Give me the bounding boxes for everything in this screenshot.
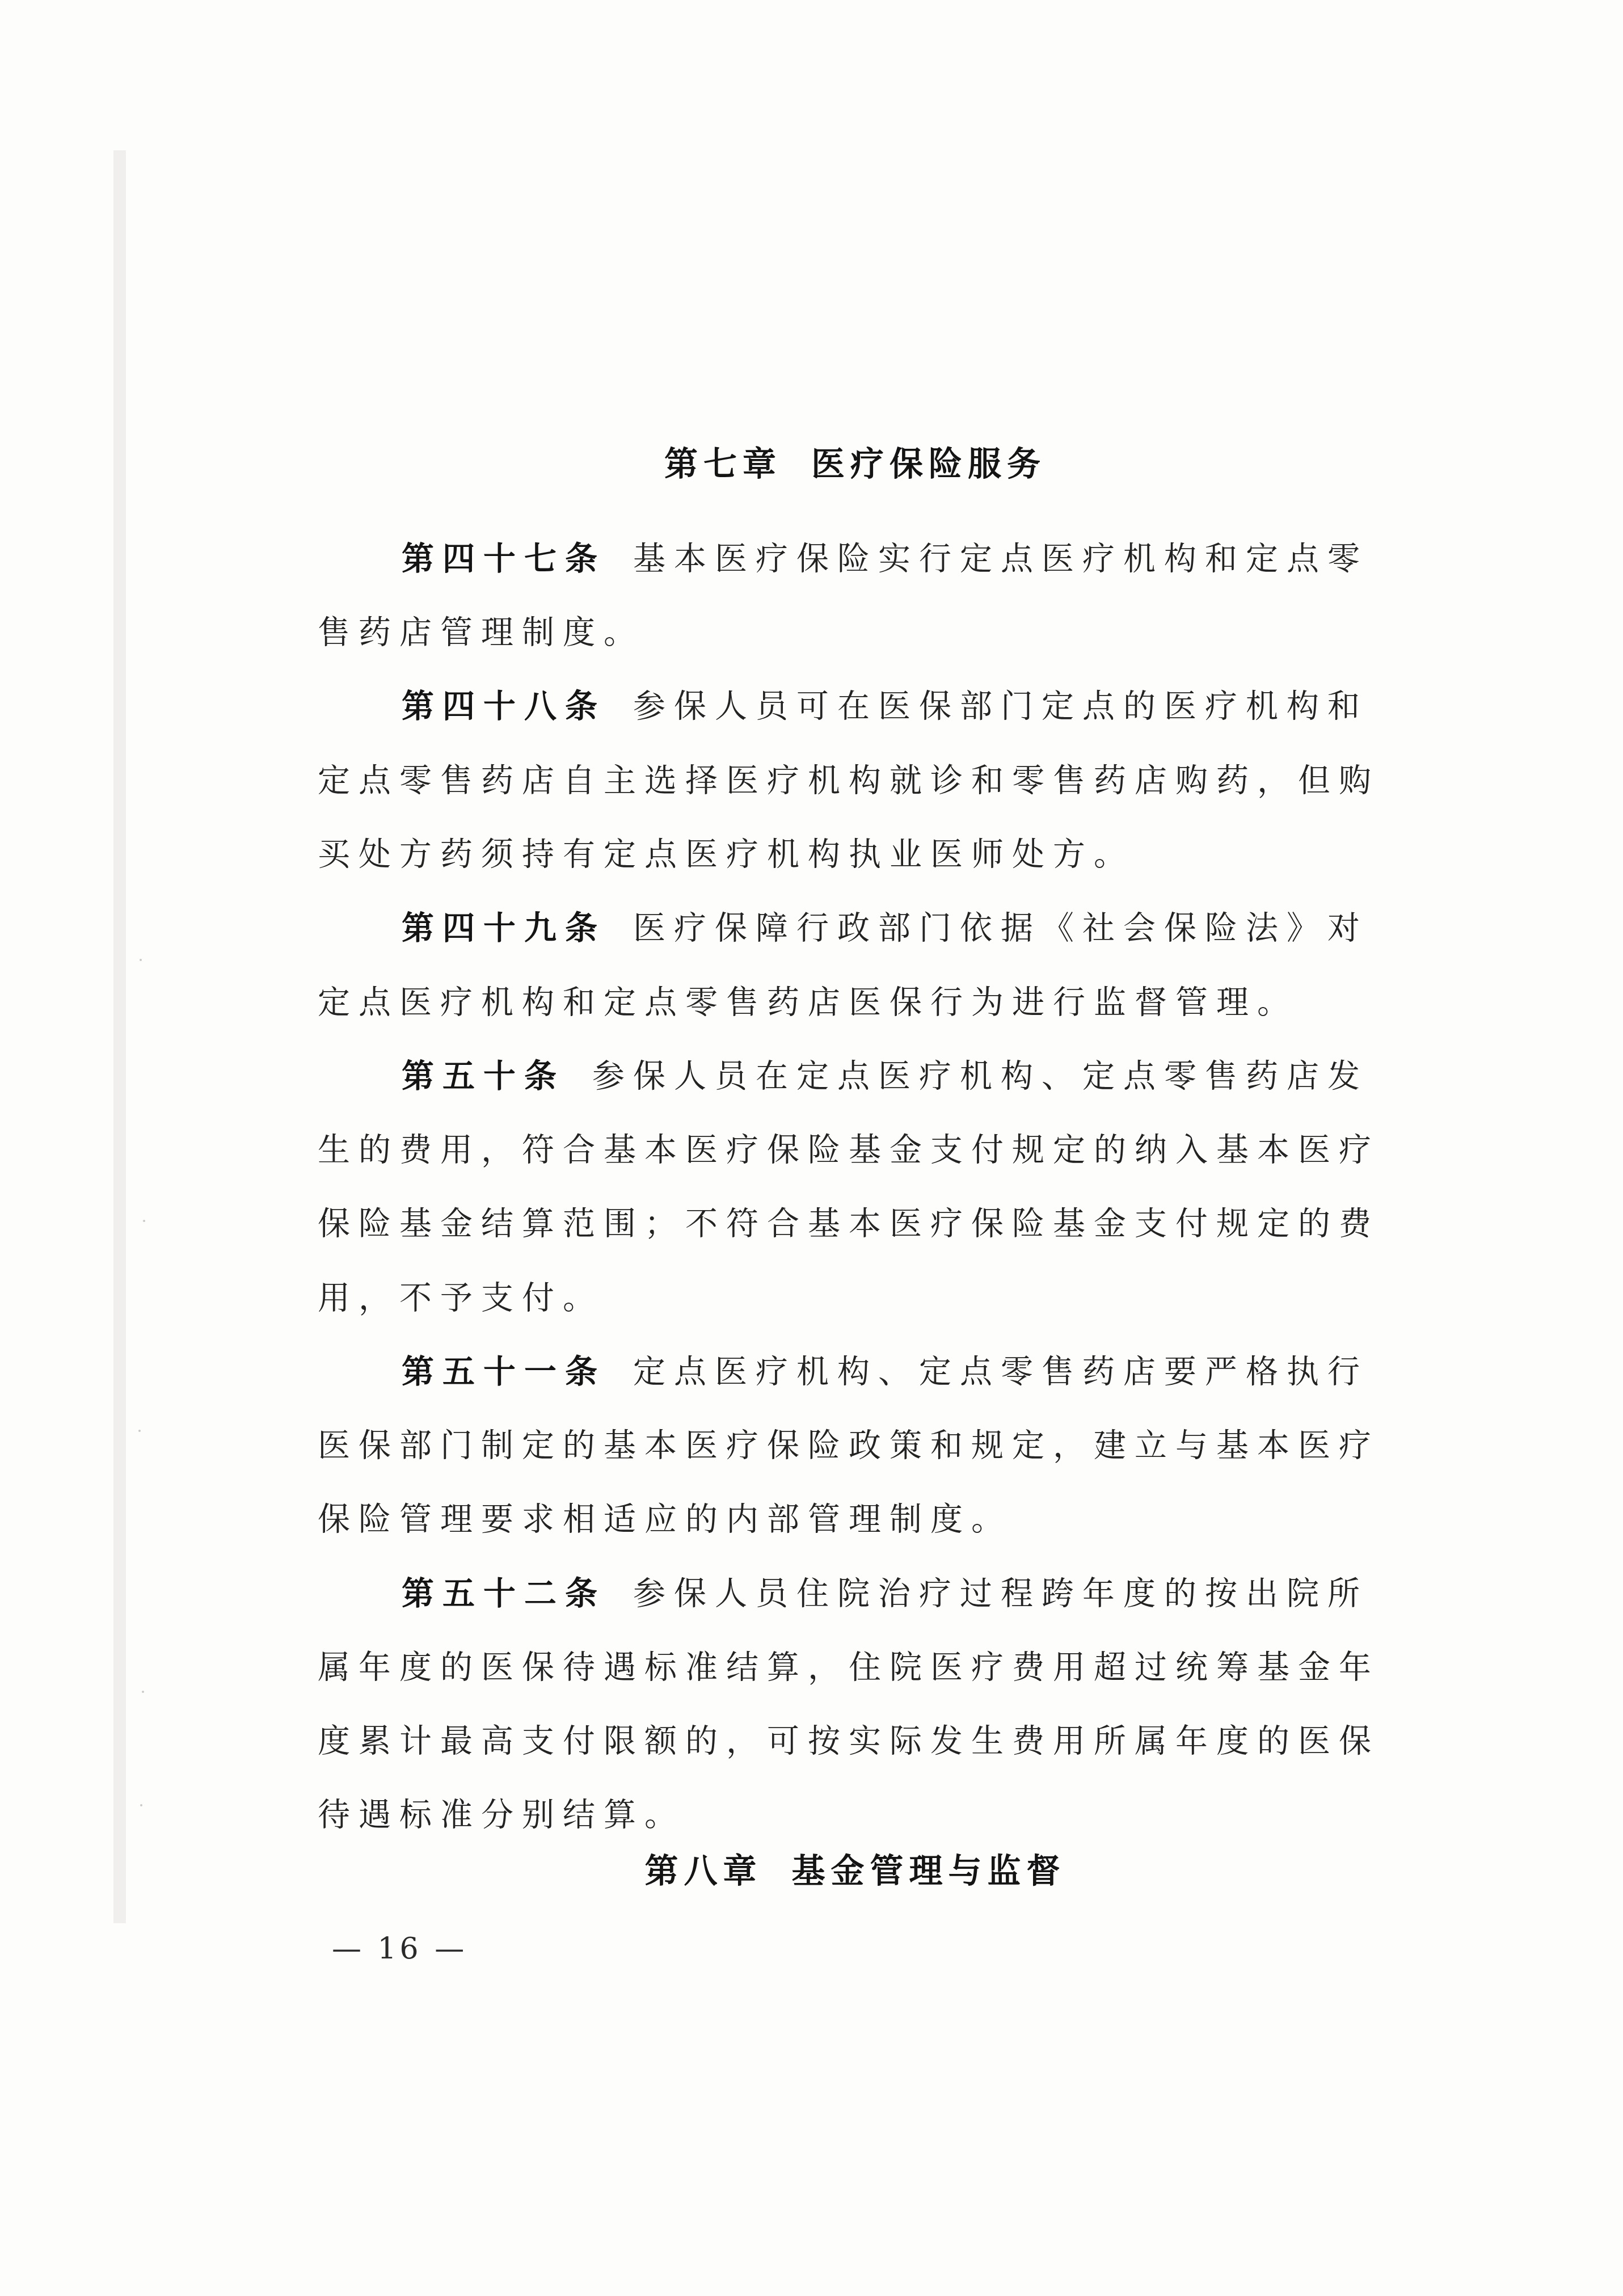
- chapter-8-name: 基金管理与监督: [792, 1851, 1066, 1890]
- line-text: 参保人员可在医保部门定点的医疗机构和: [633, 688, 1368, 725]
- article-number: 第五十条: [402, 1058, 565, 1095]
- chapter-7-number: 第七章: [664, 444, 782, 483]
- paragraph-line: 第四十九条医疗保障行政部门依据《社会保险法》对: [318, 909, 1477, 947]
- line-text: 参保人员住院治疗过程跨年度的按出院所: [633, 1575, 1368, 1612]
- line-text: 医保部门制定的基本医疗保险政策和规定，建立与基本医疗: [318, 1427, 1380, 1464]
- line-text: 生的费用，符合基本医疗保险基金支付规定的纳入基本医疗: [318, 1131, 1380, 1169]
- paragraph-line: 保险管理要求相适应的内部管理制度。: [318, 1501, 1393, 1538]
- scan-speck: [140, 959, 142, 961]
- paragraph-line: 第四十七条基本医疗保险实行定点医疗机构和定点零: [318, 540, 1477, 578]
- paragraph-line: 生的费用，符合基本医疗保险基金支付规定的纳入基本医疗: [318, 1131, 1393, 1169]
- paragraph-line: 第五十二条参保人员住院治疗过程跨年度的按出院所: [318, 1575, 1477, 1612]
- paragraph-line: 保险基金结算范围；不符合基本医疗保险基金支付规定的费: [318, 1205, 1393, 1242]
- chapter-7-heading: 第七章医疗保险服务: [318, 437, 1393, 485]
- paragraph-line: 第五十条参保人员在定点医疗机构、定点零售药店发: [318, 1058, 1477, 1095]
- line-text: 定点医疗机构、定点零售药店要严格执行: [633, 1353, 1368, 1391]
- paragraph-line: 医保部门制定的基本医疗保险政策和规定，建立与基本医疗: [318, 1427, 1393, 1464]
- paragraph-line: 买处方药须持有定点医疗机构执业医师处方。: [318, 836, 1393, 873]
- article-number: 第五十二条: [402, 1575, 606, 1612]
- paragraph-line: 定点医疗机构和定点零售药店医保行为进行监督管理。: [318, 984, 1393, 1021]
- line-text: 属年度的医保待遇标准结算，住院医疗费用超过统筹基金年: [318, 1649, 1380, 1686]
- scan-speck: [142, 1691, 144, 1693]
- paragraph-line: 第五十一条定点医疗机构、定点零售药店要严格执行: [318, 1353, 1477, 1391]
- line-text: 定点医疗机构和定点零售药店医保行为进行监督管理。: [318, 984, 1298, 1021]
- article-number: 第四十八条: [402, 688, 606, 725]
- line-text: 度累计最高支付限额的，可按实际发生费用所属年度的医保: [318, 1722, 1380, 1760]
- chapter-7-name: 医疗保险服务: [811, 444, 1046, 483]
- paragraph-line: 第四十八条参保人员可在医保部门定点的医疗机构和: [318, 688, 1477, 725]
- chapter-8-number: 第八章: [644, 1851, 762, 1890]
- document-page: 第七章医疗保险服务 第四十七条基本医疗保险实行定点医疗机构和定点零 售药店管理制…: [0, 0, 1623, 2296]
- scan-speck: [143, 1220, 145, 1222]
- line-text: 参保人员在定点医疗机构、定点零售药店发: [592, 1058, 1368, 1095]
- article-number: 第四十九条: [402, 909, 606, 947]
- article-number: 第四十七条: [402, 540, 606, 578]
- line-text: 待遇标准分别结算。: [318, 1796, 685, 1834]
- scan-artifact-band: [113, 150, 126, 1923]
- paragraph-line: 属年度的医保待遇标准结算，住院医疗费用超过统筹基金年: [318, 1649, 1393, 1686]
- scan-speck: [140, 1804, 142, 1806]
- paragraph-line: 定点零售药店自主选择医疗机构就诊和零售药店购药，但购: [318, 762, 1393, 799]
- line-text: 买处方药须持有定点医疗机构执业医师处方。: [318, 836, 1135, 873]
- paragraph-line: 售药店管理制度。: [318, 614, 1393, 651]
- chapter-8-heading: 第八章基金管理与监督: [318, 1844, 1393, 1892]
- line-text: 用，不予支付。: [318, 1279, 604, 1317]
- line-text: 基本医疗保险实行定点医疗机构和定点零: [633, 540, 1368, 578]
- paragraph-line: 待遇标准分别结算。: [318, 1796, 1393, 1834]
- paragraph-line: 用，不予支付。: [318, 1279, 1393, 1317]
- page-number: — 16 —: [332, 1932, 467, 1966]
- paragraph-line: 度累计最高支付限额的，可按实际发生费用所属年度的医保: [318, 1722, 1393, 1760]
- scan-speck: [138, 1430, 141, 1432]
- article-number: 第五十一条: [402, 1353, 606, 1391]
- line-text: 售药店管理制度。: [318, 614, 644, 651]
- line-text: 医疗保障行政部门依据《社会保险法》对: [633, 909, 1368, 947]
- line-text: 定点零售药店自主选择医疗机构就诊和零售药店购药，但购: [318, 762, 1380, 799]
- line-text: 保险基金结算范围；不符合基本医疗保险基金支付规定的费: [318, 1205, 1380, 1242]
- line-text: 保险管理要求相适应的内部管理制度。: [318, 1501, 1012, 1538]
